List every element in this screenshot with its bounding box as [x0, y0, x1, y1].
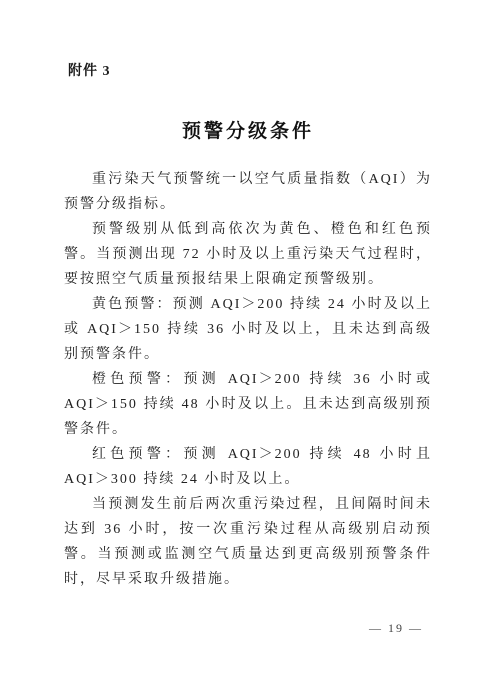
- document-body: 重污染天气预警统一以空气质量指数（AQI）为预警分级指标。 预警级别从低到高依次…: [64, 167, 432, 592]
- paragraph-red-warning: 红色预警：预测 AQI＞200 持续 48 小时且 AQI＞300 持续 24 …: [64, 442, 432, 492]
- paragraph-yellow-warning: 黄色预警：预测 AQI＞200 持续 24 小时及以上或 AQI＞150 持续 …: [64, 292, 432, 367]
- paragraph-levels-overview: 预警级别从低到高依次为黄色、橙色和红色预警。当预测出现 72 小时及以上重污染天…: [64, 217, 432, 292]
- document-page: 附件 3 预警分级条件 重污染天气预警统一以空气质量指数（AQI）为预警分级指标…: [0, 0, 495, 700]
- page-title: 预警分级条件: [64, 116, 432, 143]
- paragraph-upgrade-rule: 当预测发生前后两次重污染过程，且间隔时间未达到 36 小时，按一次重污染过程从高…: [64, 492, 432, 592]
- page-number: — 19 —: [369, 621, 423, 636]
- paragraph-intro: 重污染天气预警统一以空气质量指数（AQI）为预警分级指标。: [64, 167, 432, 217]
- attachment-label: 附件 3: [68, 60, 432, 80]
- paragraph-orange-warning: 橙色预警：预测 AQI＞200 持续 36 小时或 AQI＞150 持续 48 …: [64, 367, 432, 442]
